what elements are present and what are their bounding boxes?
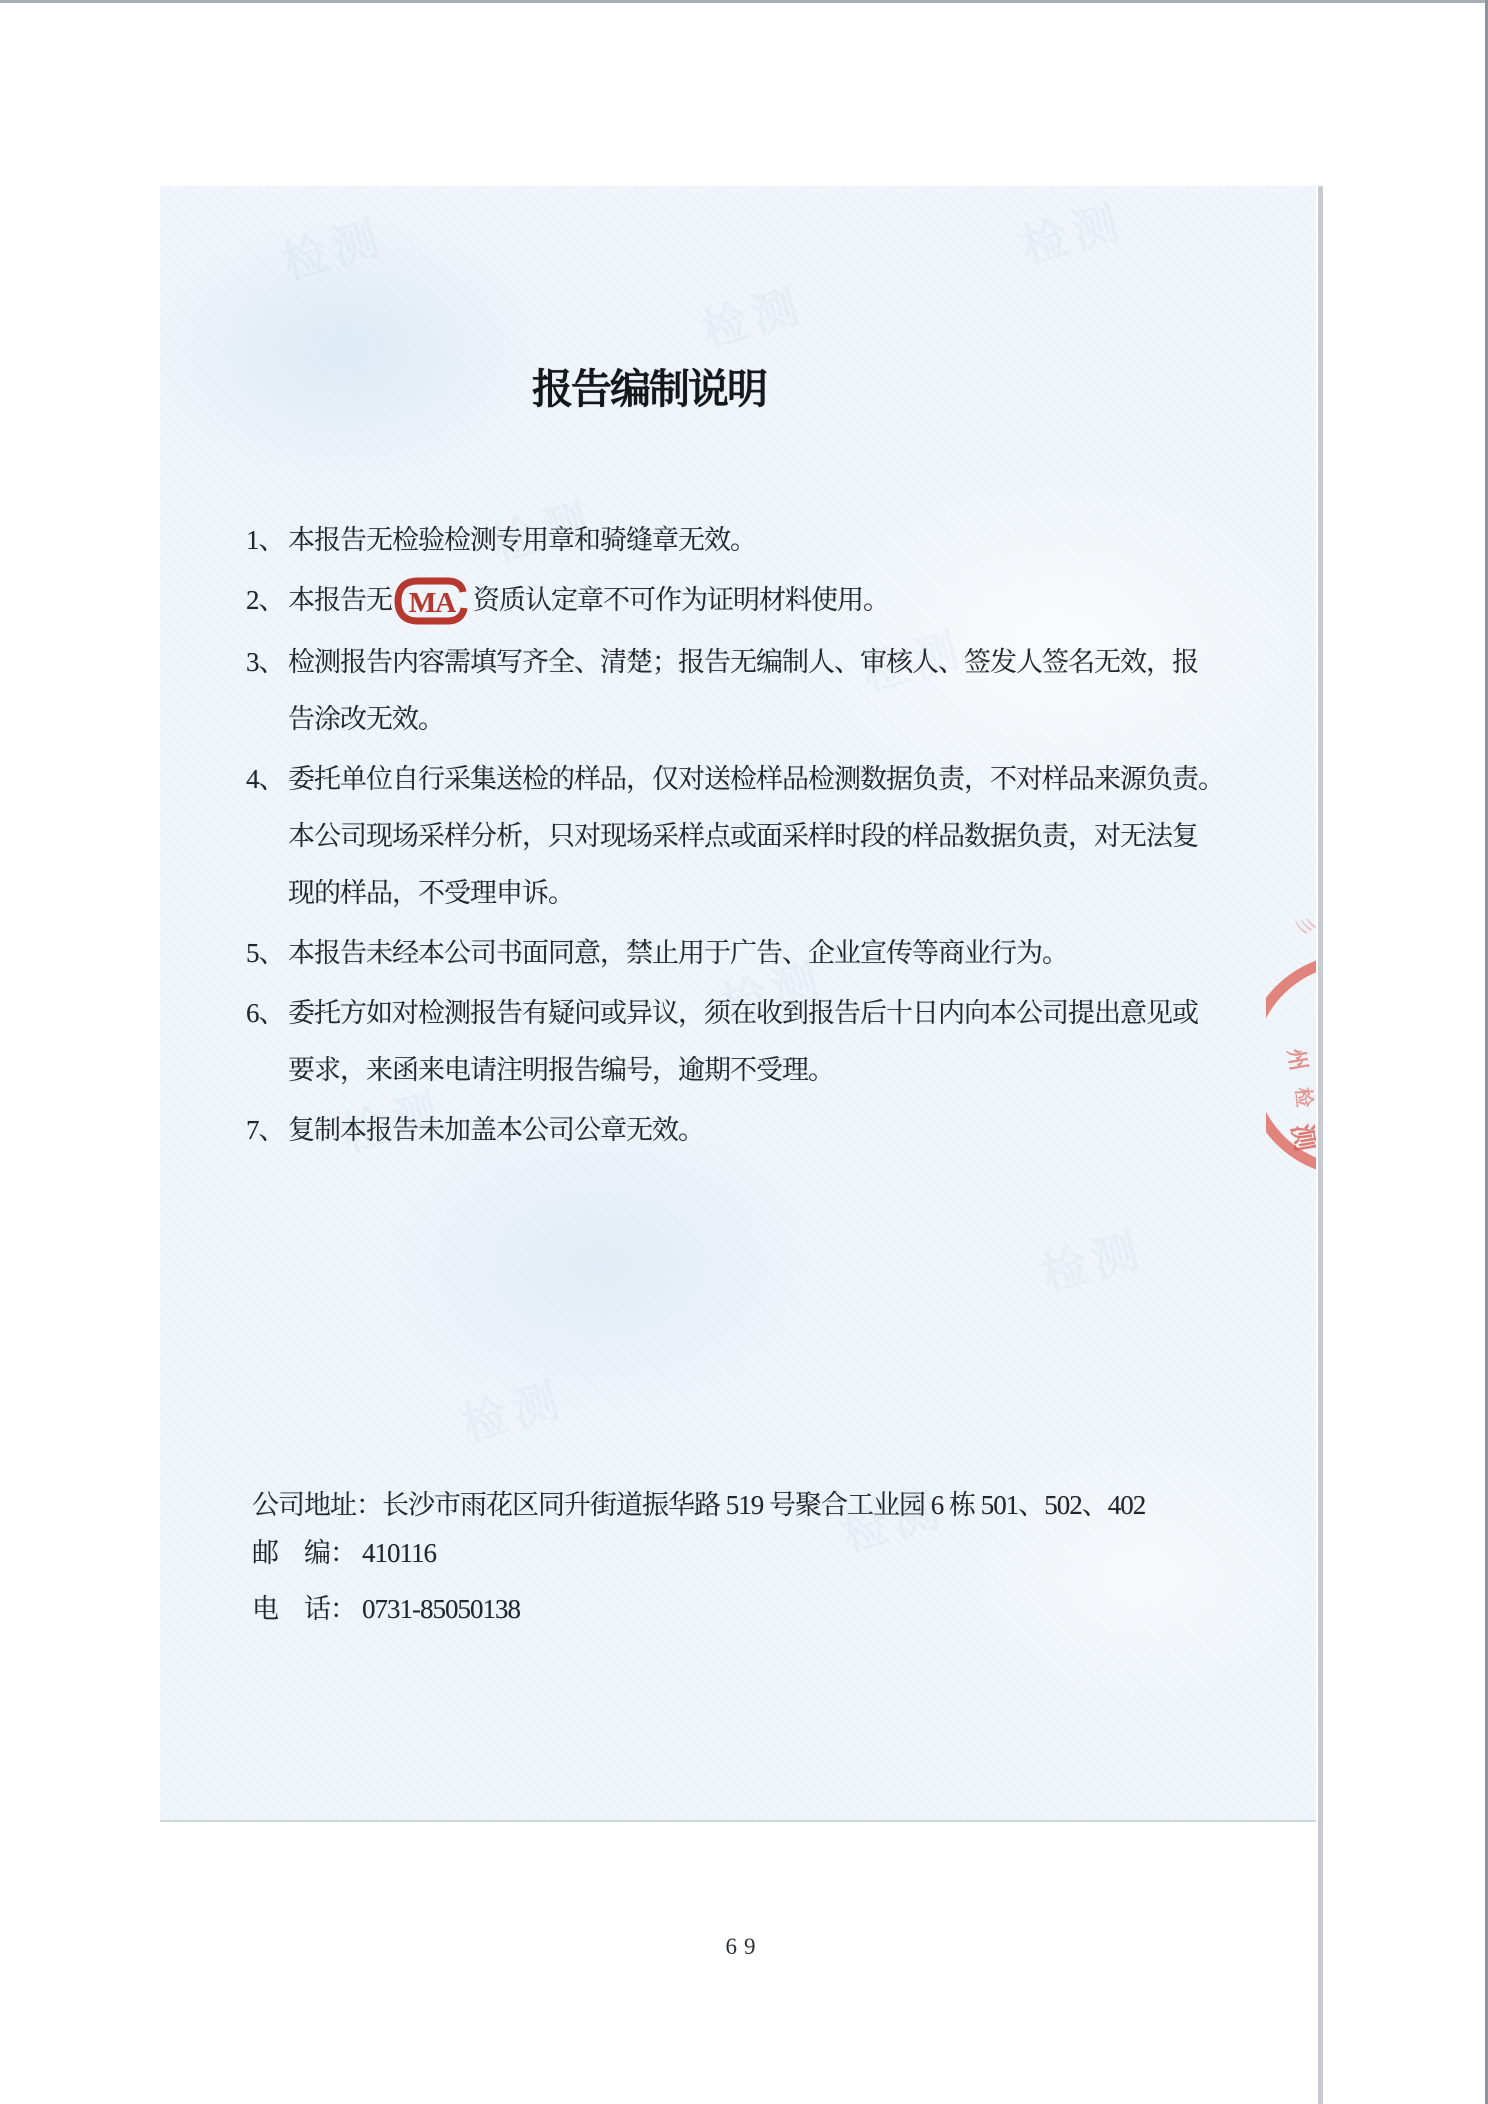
item-text: 本报告无 MA 资质认定章不可作为证明材料使用。 bbox=[288, 572, 1238, 631]
report-sheet: 检测 检测 检测 检测 检测 检测 检测 检测 检测 检测 报告编制说明 1、本… bbox=[160, 186, 1316, 1822]
item-number: 1、 bbox=[246, 512, 288, 569]
company-address-value: 长沙市雨花区同升街道振华路 519 号聚合工业园 6 栋 501、502、402 bbox=[382, 1490, 1145, 1520]
page-title: 报告编制说明 bbox=[532, 365, 766, 414]
list-item: 7、复制本报告未加盖本公司公章无效。 bbox=[246, 1102, 1238, 1159]
postcode-line: 邮 编：410116 bbox=[252, 1529, 1262, 1577]
item-text: 本报告无检验检测专用章和骑缝章无效。 bbox=[288, 512, 1238, 569]
company-contact-block: 公司地址：长沙市雨花区同升街道振华路 519 号聚合工业园 6 栋 501、50… bbox=[252, 1481, 1262, 1633]
page-number: 69 bbox=[0, 1934, 1488, 1960]
scan-edge-shadow bbox=[1318, 186, 1323, 2104]
watermark-ghost: 检测 bbox=[453, 1363, 571, 1455]
item-text: 委托单位自行采集送检的样品，仅对送检样品检测数据负责，不对样品来源负责。 本公司… bbox=[288, 751, 1238, 922]
edge-seal-stamp-icon: 彡 州 检 测 bbox=[1266, 874, 1316, 1194]
watermark-ghost: 检测 bbox=[1013, 186, 1131, 277]
scan-top-border bbox=[0, 0, 1488, 3]
postcode-value: 410116 bbox=[362, 1538, 436, 1568]
watermark-ghost: 检测 bbox=[1033, 1213, 1151, 1305]
list-item: 4、委托单位自行采集送检的样品，仅对送检样品检测数据负责，不对样品来源负责。 本… bbox=[246, 751, 1238, 922]
watermark-ghost: 检测 bbox=[693, 269, 811, 361]
svg-text:彡: 彡 bbox=[1291, 913, 1316, 938]
list-item: 2、本报告无 MA 资质认定章不可作为证明材料使用。 bbox=[246, 572, 1238, 631]
company-address-label: 公司地址： bbox=[252, 1490, 382, 1520]
list-item: 5、本报告未经本公司书面同意，禁止用于广告、企业宣传等商业行为。 bbox=[246, 925, 1238, 982]
item-number: 2、 bbox=[246, 572, 288, 631]
watermark-ghost: 检测 bbox=[273, 201, 391, 293]
item-text: 复制本报告未加盖本公司公章无效。 bbox=[288, 1102, 1238, 1159]
list-item: 1、本报告无检验检测专用章和骑缝章无效。 bbox=[246, 512, 1238, 569]
item-number: 3、 bbox=[246, 634, 288, 748]
items-list: 1、本报告无检验检测专用章和骑缝章无效。2、本报告无 MA 资质认定章不可作为证… bbox=[246, 512, 1238, 1162]
svg-text:测: 测 bbox=[1286, 1122, 1316, 1154]
item-text: 委托方如对检测报告有疑问或异议，须在收到报告后十日内向本公司提出意见或 要求，来… bbox=[288, 985, 1238, 1099]
postcode-label: 邮 编： bbox=[252, 1538, 356, 1568]
item-text-after-logo: 资质认定章不可作为证明材料使用。 bbox=[473, 585, 889, 615]
item-text-before-logo: 本报告无 bbox=[288, 585, 392, 615]
item-number: 4、 bbox=[246, 751, 288, 922]
item-number: 6、 bbox=[246, 985, 288, 1099]
svg-text:检: 检 bbox=[1291, 1086, 1316, 1109]
item-text: 检测报告内容需填写齐全、清楚；报告无编制人、审核人、签发人签名无效，报 告涂改无… bbox=[288, 634, 1238, 748]
company-address-line: 公司地址：长沙市雨花区同升街道振华路 519 号聚合工业园 6 栋 501、50… bbox=[252, 1481, 1262, 1529]
item-number: 7、 bbox=[246, 1102, 288, 1159]
item-number: 5、 bbox=[246, 925, 288, 982]
item-text: 本报告未经本公司书面同意，禁止用于广告、企业宣传等商业行为。 bbox=[288, 925, 1238, 982]
svg-text:州: 州 bbox=[1283, 1047, 1311, 1073]
phone-value: 0731-85050138 bbox=[362, 1594, 520, 1624]
phone-label: 电 话： bbox=[252, 1594, 356, 1624]
screenshot-root: { "document": { "title": "报告编制说明", "item… bbox=[0, 0, 1488, 2104]
phone-line: 电 话：0731-85050138 bbox=[252, 1585, 1262, 1633]
list-item: 6、委托方如对检测报告有疑问或异议，须在收到报告后十日内向本公司提出意见或 要求… bbox=[246, 985, 1238, 1099]
cma-accreditation-mark-icon: MA bbox=[394, 575, 470, 627]
list-item: 3、检测报告内容需填写齐全、清楚；报告无编制人、审核人、签发人签名无效，报 告涂… bbox=[246, 634, 1238, 748]
svg-text:MA: MA bbox=[409, 587, 456, 619]
